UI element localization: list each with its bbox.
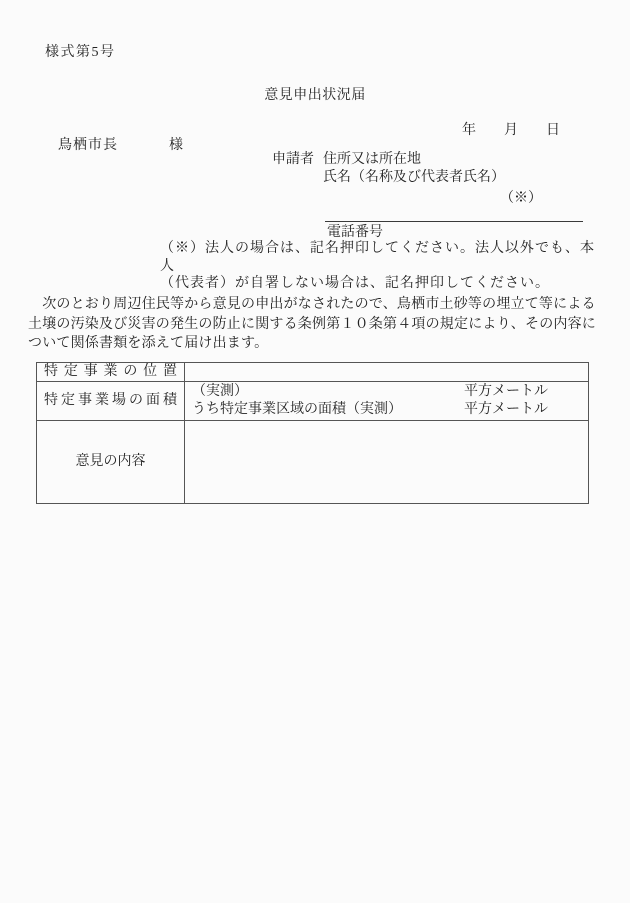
seal-instruction-note: （※）法人の場合は、記名押印してください。法人以外でも、本人 （代表者）が自署し… [160,240,605,293]
applicant-name-label: 氏名（名称及び代表者氏名） [323,171,505,185]
addressee-name: 鳥栖市長 [58,139,118,153]
phone-underline [325,221,583,222]
date-line: 年 月 日 [462,124,560,138]
table-row-project-location: 特定事業の位置 [37,363,589,382]
project-location-label: 特定事業の位置 [37,363,185,382]
district-area-unit: 平方メートル [464,401,548,419]
seal-mark: （※） [500,192,542,206]
addressee-honorific: 様 [169,139,183,153]
form-number: 様式第5号 [45,46,116,60]
project-area-label: 特定事業場の面積 [37,382,185,421]
table-row-opinion-content: 意見の内容 [37,421,589,504]
details-table: 特定事業の位置 特定事業場の面積 （実測） 平方メートル うち特定事業区域の面積… [36,362,589,504]
table-row-project-area: 特定事業場の面積 （実測） 平方メートル うち特定事業区域の面積（実測） 平方メ… [37,382,589,421]
document-page: 様式第5号 意見申出状況届 年 月 日 鳥栖市長 様 申請者 住所又は所在地 氏… [0,0,630,903]
measured-area-label: （実測） [192,383,248,401]
phone-label: 電話番号 [327,226,383,240]
body-paragraph: 次のとおり周辺住民等から意見の申出がなされたので、鳥栖市土砂等の埋立て等による … [28,295,603,354]
opinion-content-value [185,421,589,504]
district-area-label: うち特定事業区域の面積（実測） [192,401,402,419]
project-location-value [185,363,589,382]
applicant-label: 申請者 [272,153,314,167]
applicant-address-label: 住所又は所在地 [323,153,421,167]
project-area-value: （実測） 平方メートル うち特定事業区域の面積（実測） 平方メートル [185,382,589,421]
district-area-line: うち特定事業区域の面積（実測） 平方メートル [192,401,548,419]
measured-area-line: （実測） 平方メートル [192,383,548,401]
document-title: 意見申出状況届 [0,89,630,103]
opinion-content-label: 意見の内容 [37,421,185,504]
project-area-lines: （実測） 平方メートル うち特定事業区域の面積（実測） 平方メートル [185,382,588,420]
measured-area-unit: 平方メートル [464,383,548,401]
